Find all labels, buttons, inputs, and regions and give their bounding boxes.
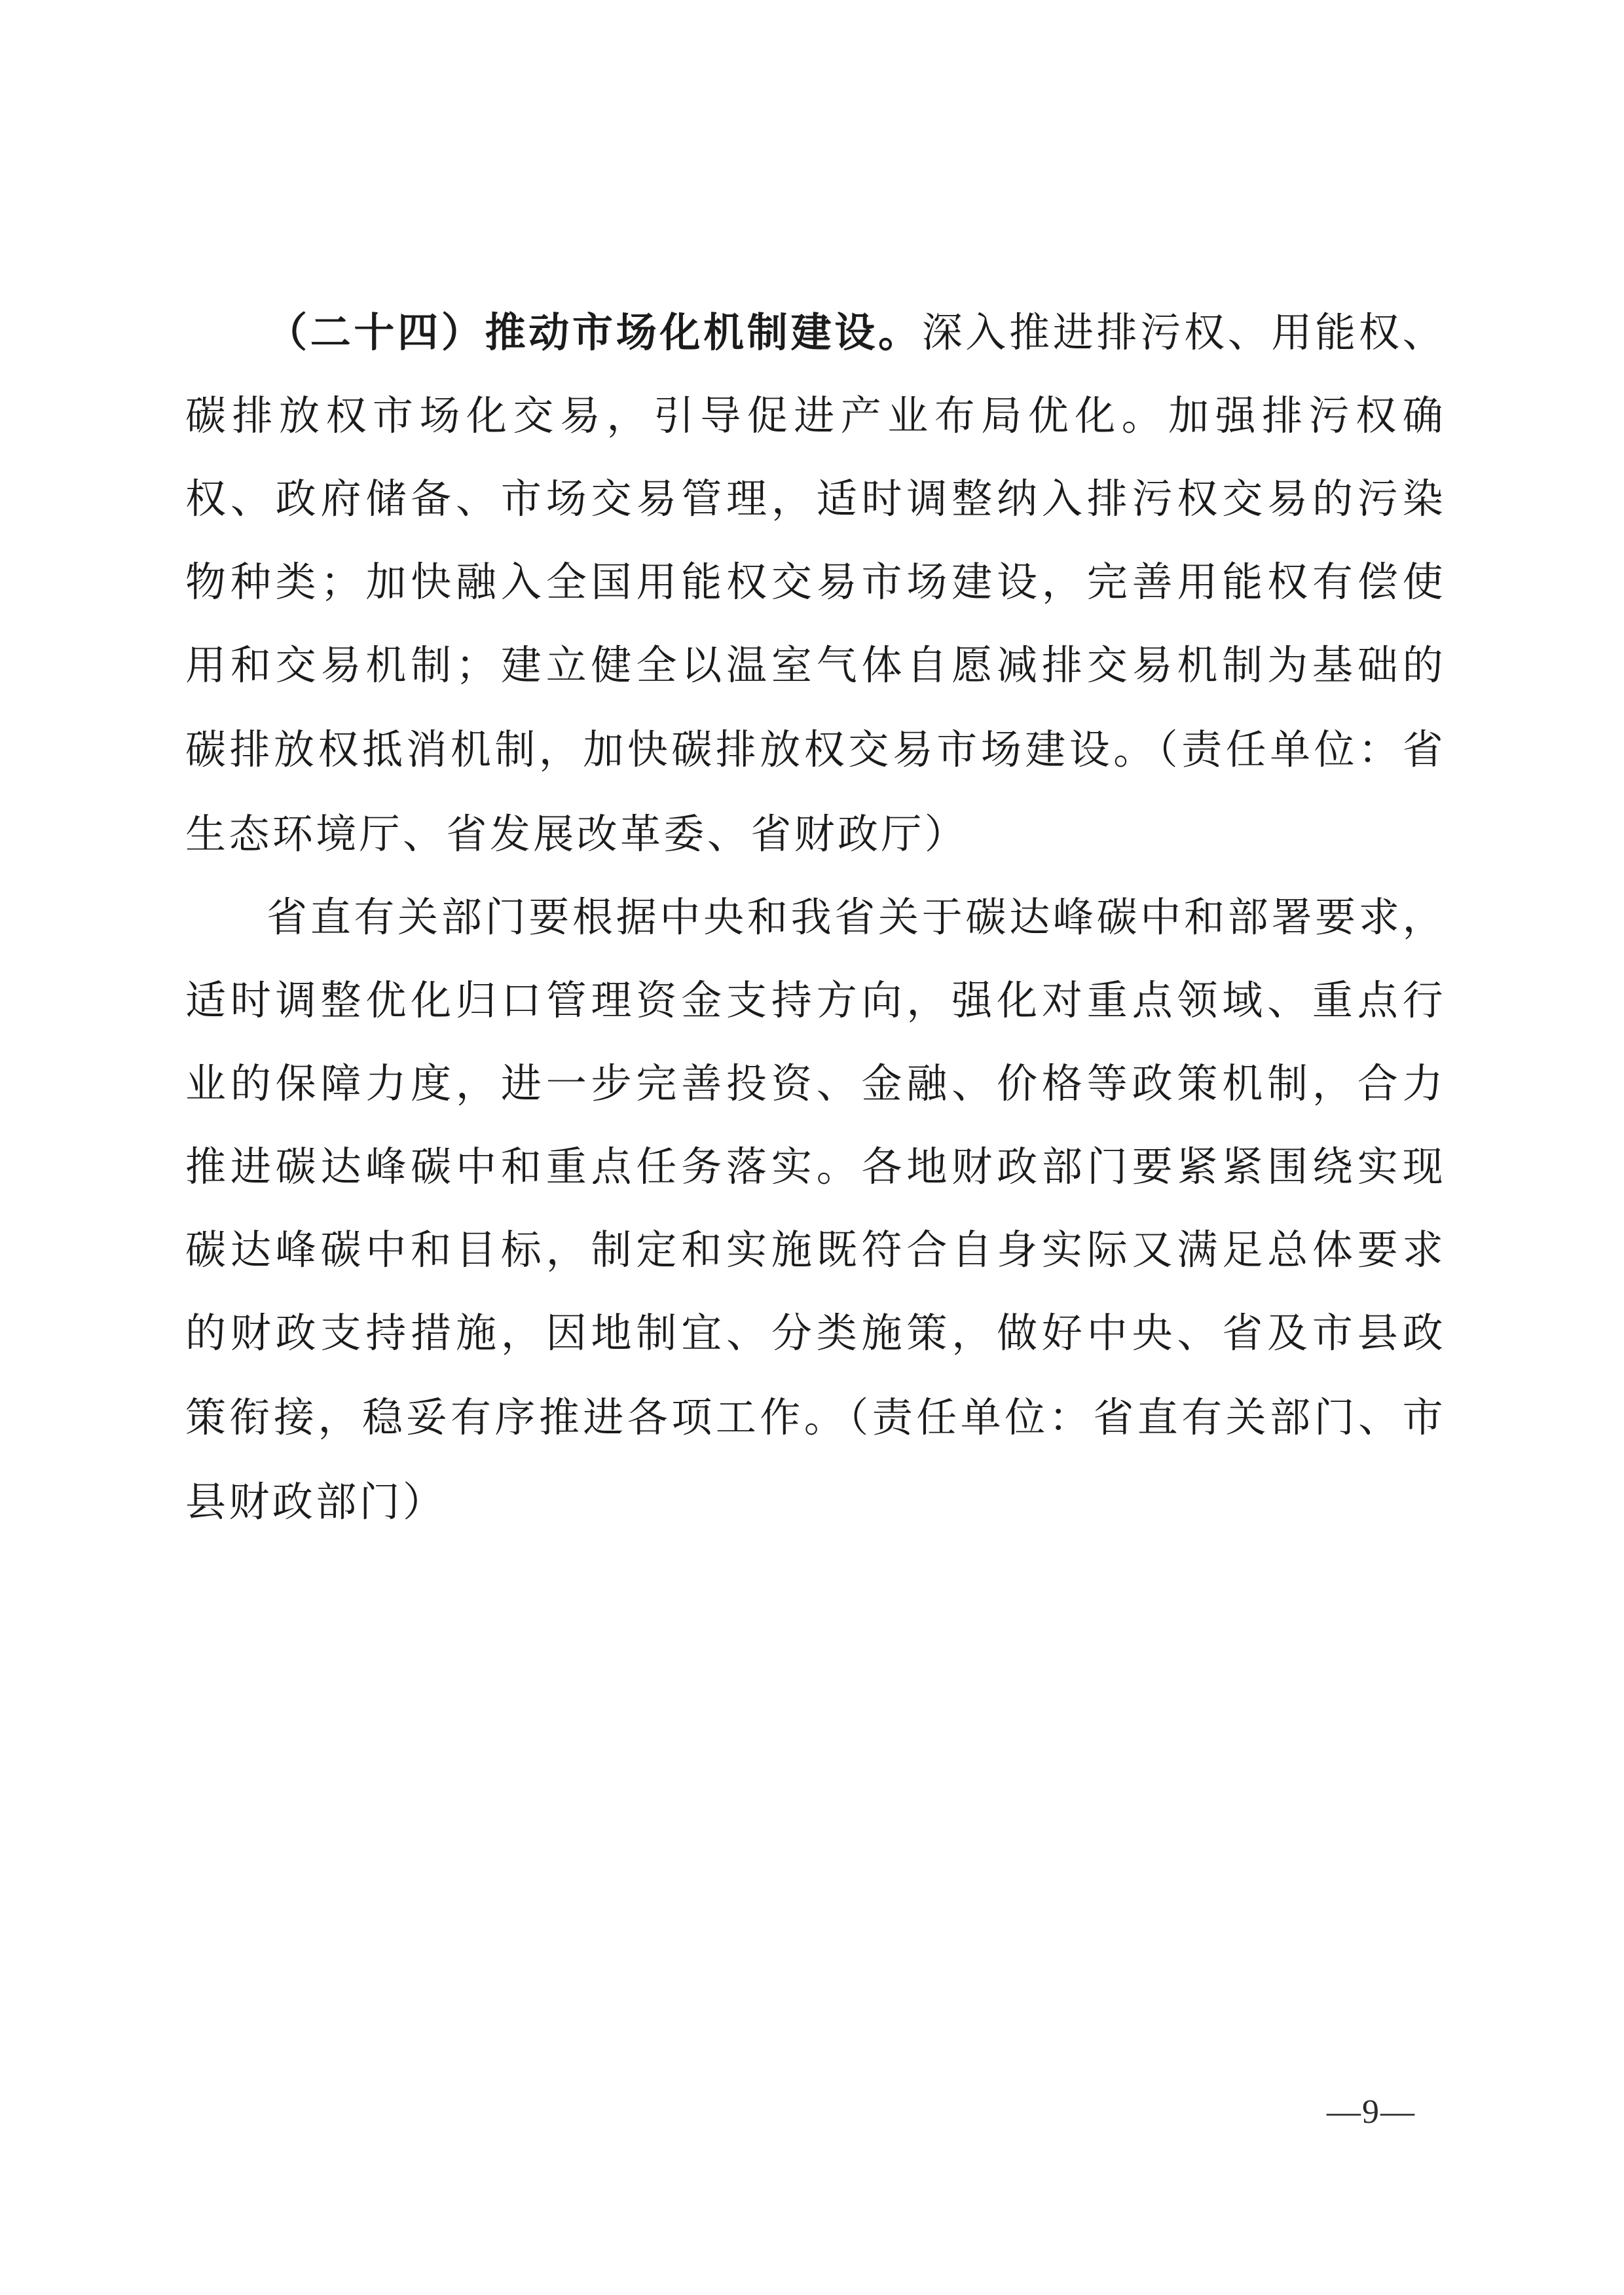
paragraph: 省直有关部门要根据中央和我省关于碳达峰碳中和部署要求，适时调整优化归口管理资金支… [185,877,1446,1545]
text-run: 省直有关部门要根据中央和我省关于碳达峰碳中和部署要求，适时调整优化归口管理资金支… [185,896,1446,1441]
paragraph: （二十四）推动市场化机制建设。深入推进排污权、用能权、碳排放权市场化交易，引导促… [185,292,1446,877]
document-page: （二十四）推动市场化机制建设。深入推进排污权、用能权、碳排放权市场化交易，引导促… [0,0,1624,2295]
page-number: —9— [1327,2093,1416,2132]
text-run: （二十四）推动市场化机制建设。 [267,311,922,356]
text-run: 深入推进排污权、用能权、碳排放权市场化交易，引导促进产业布局优化。加强排污权确权… [185,311,1446,773]
document-body: （二十四）推动市场化机制建设。深入推进排污权、用能权、碳排放权市场化交易，引导促… [185,292,1446,1545]
